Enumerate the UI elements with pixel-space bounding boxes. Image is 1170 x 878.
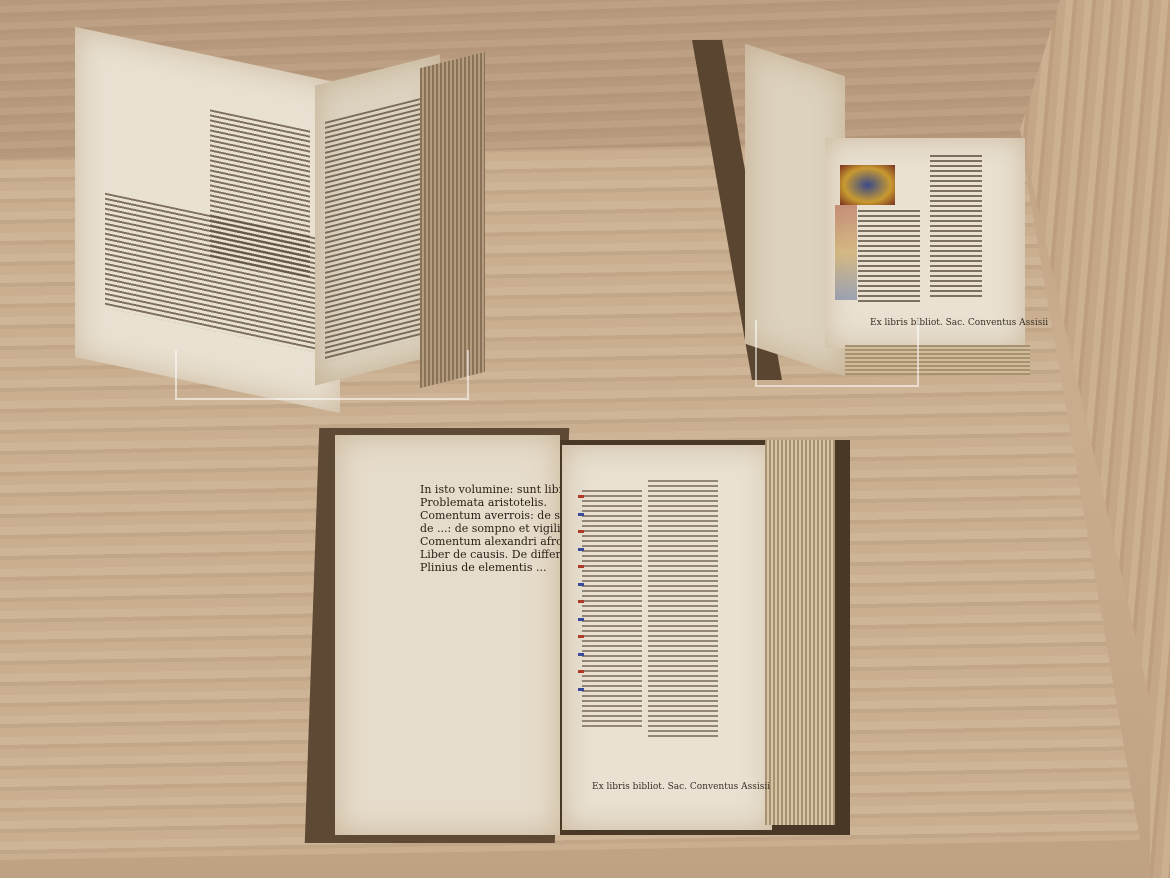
acrylic-stand bbox=[175, 350, 469, 400]
illuminated-initial bbox=[840, 165, 895, 205]
acrylic-stand bbox=[755, 320, 919, 387]
ex-libris-label: Ex libris bibliot. Sac. Conventus Assisi… bbox=[592, 782, 770, 792]
